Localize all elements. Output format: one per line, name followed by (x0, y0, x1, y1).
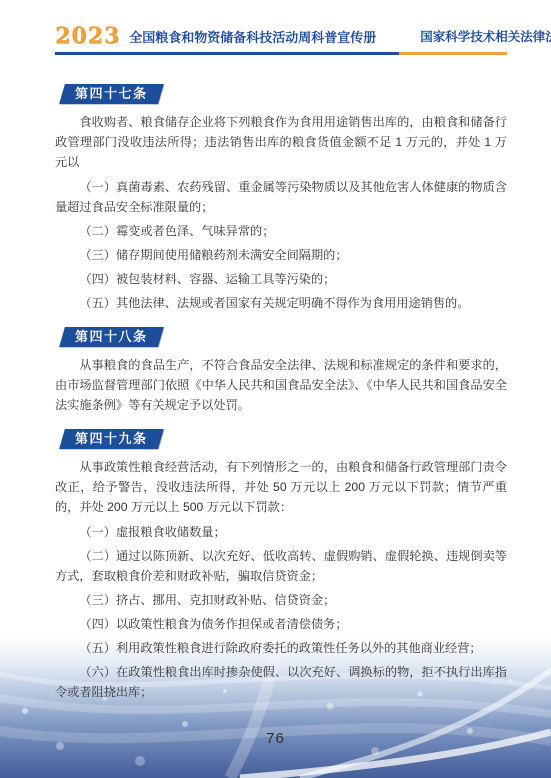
article-47-item-2: （二）霉变或者色泽、气味异常的； (55, 221, 507, 241)
article-48-badge-row: 第四十八条 (55, 327, 507, 347)
article-47-item-1: （一）真菌毒素、农药残留、重金属等污染物质以及其他危害人体健康的物质含量超过食品… (55, 177, 507, 217)
article-47: 第四十七条 食收购者、粮食储存企业将下列粮食作为食用用途销售出库的，由粮食和储备… (55, 84, 507, 313)
page-number: 76 (0, 730, 551, 747)
booklet-title: 全国粮食和物资储备科技活动周科普宣传册 (129, 27, 376, 46)
article-49-item-1: （一）虚报粮食收储数量； (55, 522, 507, 542)
section-title: 国家科学技术相关法律法规 (420, 27, 551, 45)
header-year: 2023 (55, 25, 120, 47)
article-badge-label: 第四十七条 (75, 87, 148, 101)
article-49: 第四十九条 从事政策性粮食经营活动，有下列情形之一的，由粮食和储备行政管理部门责… (55, 429, 507, 702)
article-47-paragraph: 食收购者、粮食储存企业将下列粮食作为食用用途销售出库的，由粮食和储备行政管理部门… (55, 112, 507, 172)
article-49-item-3: （三）挤占、挪用、克扣财政补贴、信贷资金； (55, 590, 507, 610)
article-badge: 第四十八条 (59, 327, 163, 347)
article-49-item-6: （六）在政策性粮食出库时掺杂使假、以次充好、调换标的物，拒不执行出库指令或者阻挠… (55, 662, 507, 702)
article-badge: 第四十九条 (59, 429, 163, 449)
article-48: 第四十八条 从事粮食的食品生产，不符合食品安全法律、法规和标准规定的条件和要求的… (55, 327, 507, 415)
document-page: 2023 全国粮食和物资储备科技活动周科普宣传册 国家科学技术相关法律法规 第四… (0, 0, 551, 778)
article-49-badge-row: 第四十九条 (55, 429, 507, 449)
article-47-item-5: （五）其他法律、法规或者国家有关规定明确不得作为食用用途销售的。 (55, 293, 507, 313)
header-underline (55, 52, 507, 55)
article-badge: 第四十七条 (59, 84, 163, 104)
page-header: 2023 全国粮食和物资储备科技活动周科普宣传册 国家科学技术相关法律法规 (55, 25, 507, 55)
header-underline-orange (399, 52, 507, 55)
header-underline-blue (55, 52, 399, 55)
article-47-badge-row: 第四十七条 (55, 84, 507, 104)
article-badge-label: 第四十九条 (75, 432, 148, 446)
article-49-item-2: （二）通过以陈顶新、以次充好、低收高转、虚假购销、虚假轮换、违规倒卖等方式，套取… (55, 546, 507, 586)
article-49-paragraph: 从事政策性粮食经营活动，有下列情形之一的，由粮食和储备行政管理部门责令改正，给予… (55, 457, 507, 517)
article-47-item-3: （三）储存期间使用储粮药剂未满安全间隔期的； (55, 245, 507, 265)
article-badge-label: 第四十八条 (75, 330, 148, 344)
article-47-item-4: （四）被包装材料、容器、运输工具等污染的； (55, 269, 507, 289)
article-content: 第四十七条 食收购者、粮食储存企业将下列粮食作为食用用途销售出库的，由粮食和储备… (55, 84, 507, 706)
article-49-item-5: （五）利用政策性粮食进行除政府委托的政策性任务以外的其他商业经营； (55, 638, 507, 658)
article-49-item-4: （四）以政策性粮食为债务作担保或者清偿债务； (55, 614, 507, 634)
article-48-paragraph: 从事粮食的食品生产，不符合食品安全法律、法规和标准规定的条件和要求的，由市场监督… (55, 355, 507, 415)
